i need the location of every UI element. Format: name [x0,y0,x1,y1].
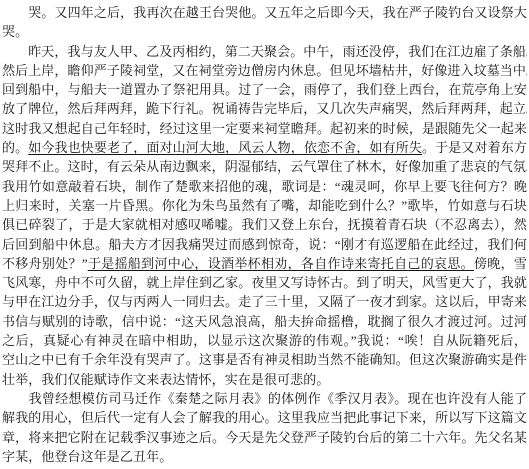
text-segment: 上归来时，关塞一片昏黑。你化为朱鸟虽然有了嘴，却能吃到什么？”歌毕，竹如意与石块 [2,198,527,213]
text-line: 的。如今我也快要老了，面对山河大地，风云人物，依恋不舍，如有所失。于是又对着东方 [2,138,527,157]
text-line: 哭拜不止。这时，有云朵从南边飘来，阴湿郁结，云气罩住了林木，好像加重了悲哀的气氛… [2,157,527,176]
text-segment: 回到船中，与船夫一道置办了祭祀用具。过了一会，雨停了，我们登上西台，在荒亭角上安 [2,82,527,97]
text-segment: 然后上岸，瞻仰严子陵祠堂，又在祠堂旁边僧房内休息。但见坏墙枯井，好像进入坟墓当中… [2,63,527,78]
text-line: 放了牌位，然后拜两拜，跪下行礼。祝诵祷告完毕后，又几次失声痛哭，然后拜两拜，起立… [2,99,527,118]
text-line: 飞风寒，舟中不可久留，就上岸住到乙家。夜里又写诗怀古。到了明天，风雪更大了，我就 [2,273,527,292]
text-line: 书信与赋别的诗歌，信中说：“这天风急浪高，船夫拚命摇橹，耽搁了很久才渡过河。过河 [2,312,527,331]
text-line: 昨天，我与友人甲、乙及丙相约，第二天聚会。中午，雨还没停，我们在江边雇了条船。 [2,42,527,61]
underlined-text: 于是摇船到河中心，设酒举杯相劝，各自作诗来寄托自己的哀思。 [88,256,474,271]
text-segment: 我曾经想模仿司马迁作《秦楚之际月表》的体例作《季汉月表》。现在也许没有人能了 [2,391,527,406]
text-line: 我用竹如意敲着石块，制作了楚歌来招他的魂，歌词是：“魂灵呵，你早上要飞往何方？晚 [2,177,527,196]
text-line: 空山之中已有千余年没有哭声了。这事是否有神灵相助当然不能确知。但这次聚游确实是件 [2,350,527,369]
text-line: 哭。 [2,22,527,41]
text-segment: 俱已碎裂了，于是大家就相对感叹唏嘘。我们又登上东台，抚摸着青石块（不忍离去），然 [2,217,527,232]
text-line: 后回到船中休息。船夫方才因我痛哭过而感到惊奇，说：“刚才有巡逻船在此经过，我们何 [2,235,527,254]
text-line: 俱已碎裂了，于是大家就相对感叹唏嘘。我们又登上东台，抚摸着青石块（不忍离去），然 [2,215,527,234]
text-segment: 放了牌位，然后拜两拜，跪下行礼。祝诵祷告完毕后，又几次失声痛哭，然后拜两拜，起立… [2,101,527,116]
text-segment: 。于是又对着东方 [422,140,527,155]
text-segment: 哭。 [2,24,28,39]
text-segment: 昨天，我与友人甲、乙及丙相约，第二天聚会。中午，雨还没停，我们在江边雇了条船。 [2,44,527,59]
text-segment: 不移舟别处？” [2,256,88,271]
text-segment: 字某，他登台这年是乙丑年。 [2,449,172,464]
text-segment: 飞风寒，舟中不可久留，就上岸住到乙家。夜里又写诗怀古。到了明天，风雪更大了，我就 [2,275,527,290]
text-line: 然后上岸，瞻仰严子陵祠堂，又在祠堂旁边僧房内休息。但见坏墙枯井，好像进入坟墓当中… [2,61,527,80]
text-segment: 哭拜不止。这时，有云朵从南边飘来，阴湿郁结，云气罩住了林木，好像加重了悲哀的气氛… [2,159,527,174]
text-line: 不移舟别处？”于是摇船到河中心，设酒举杯相劝，各自作诗来寄托自己的哀思。傍晚，雪 [2,254,527,273]
text-line: 哭。又四年之后，我再次在越王台哭他。又五年之后即今天，我在严子陵钓台又设祭大 [2,3,527,22]
text-line: 解我的用心，但后代一定有人会了解我的用心。这里我应当把此事记下来，所以写下这篇文 [2,408,527,427]
text-line: 与甲在江边分手，仅与丙两人一同归去。走了三十里，又隔了一夜才到家。这以后，甲寄来 [2,292,527,311]
text-segment: 这时我又想起自己年轻时，经过这里一定要来祠堂瞻拜。起初来的时候，是跟随先父一起来 [2,121,527,136]
document-text: 哭。又四年之后，我再次在越王台哭他。又五年之后即今天，我在严子陵钓台又设祭大哭。… [2,3,527,466]
text-segment: 与甲在江边分手，仅与丙两人一同归去。走了三十里，又隔了一夜才到家。这以后，甲寄来 [2,294,527,309]
text-line: 之后，真疑心有神灵在暗中相助，以显示这次聚游的伟观。”我说：“唉！自从阮籍死后， [2,331,527,350]
text-segment: 章，将来把它附在记载季汉事迹之后。今天是先父登严子陵钓台后的第二十六年。先父名某 [2,430,527,445]
document-page: 哭。又四年之后，我再次在越王台哭他。又五年之后即今天，我在严子陵钓台又设祭大哭。… [0,0,529,469]
text-segment: 我用竹如意敲着石块，制作了楚歌来招他的魂，歌词是：“魂灵呵，你早上要飞往何方？晚 [2,179,527,194]
text-line: 回到船中，与船夫一道置办了祭祀用具。过了一会，雨停了，我们登上西台，在荒亭角上安 [2,80,527,99]
text-segment: 的。 [2,140,28,155]
text-line: 上归来时，关塞一片昏黑。你化为朱鸟虽然有了嘴，却能吃到什么？”歌毕，竹如意与石块 [2,196,527,215]
text-segment: 壮举，我们仅能赋诗作文来表达情怀，实在是很可悲的。 [2,372,330,387]
text-segment: 后回到船中休息。船夫方才因我痛哭过而感到惊奇，说：“刚才有巡逻船在此经过，我们何 [2,237,527,252]
text-segment: 之后，真疑心有神灵在暗中相助，以显示这次聚游的伟观。”我说：“唉！自从阮籍死后， [2,333,527,348]
text-line: 这时我又想起自己年轻时，经过这里一定要来祠堂瞻拜。起初来的时候，是跟随先父一起来 [2,119,527,138]
text-segment: 书信与赋别的诗歌，信中说：“这天风急浪高，船夫拚命摇橹，耽搁了很久才渡过河。过河 [2,314,527,329]
text-line: 壮举，我们仅能赋诗作文来表达情怀，实在是很可悲的。 [2,370,527,389]
text-line: 字某，他登台这年是乙丑年。 [2,447,527,466]
text-line: 我曾经想模仿司马迁作《秦楚之际月表》的体例作《季汉月表》。现在也许没有人能了 [2,389,527,408]
text-segment: 空山之中已有千余年没有哭声了。这事是否有神灵相助当然不能确知。但这次聚游确实是件 [2,352,527,367]
text-line: 章，将来把它附在记载季汉事迹之后。今天是先父登严子陵钓台后的第二十六年。先父名某 [2,428,527,447]
text-segment: 解我的用心，但后代一定有人会了解我的用心。这里我应当把此事记下来，所以写下这篇文 [2,410,527,425]
underlined-text: 如今我也快要老了，面对山河大地，风云人物，依恋不舍，如有所失 [28,140,422,155]
text-segment: 傍晚，雪 [474,256,527,271]
text-segment: 哭。又四年之后，我再次在越王台哭他。又五年之后即今天，我在严子陵钓台又设祭大 [2,5,527,20]
